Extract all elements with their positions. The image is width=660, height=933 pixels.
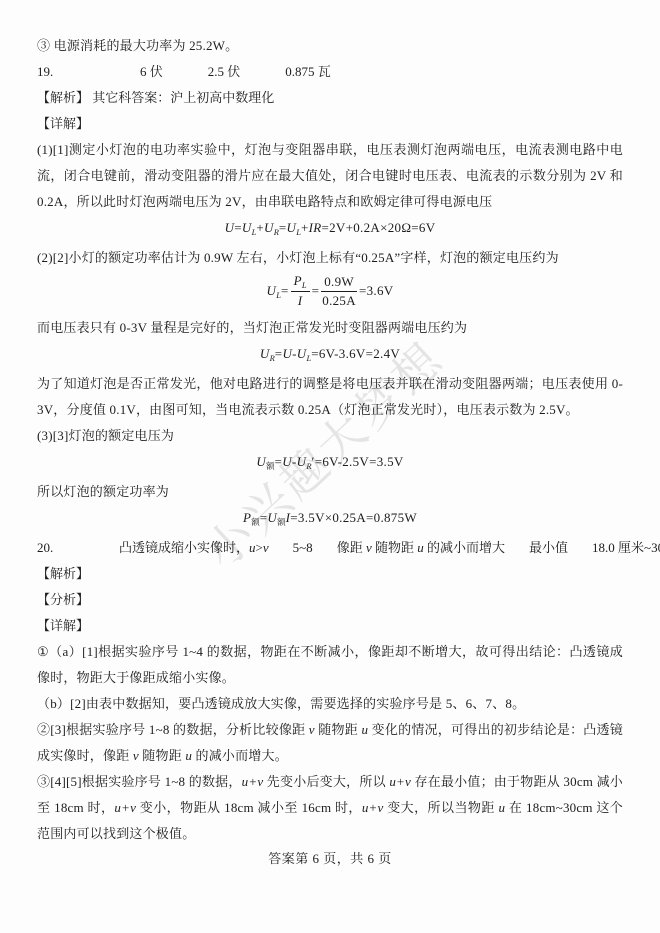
q19-answer-1: 6 伏 <box>140 64 163 79</box>
q19-jiexi-label: 【解析】 <box>37 90 89 105</box>
q20-para-3: ②[3]根据实验序号 1~8 的数据，分析比较像距 v 随物距 u 变化的情况，… <box>37 717 623 769</box>
q19-jiexi-line: 【解析】 其它科答案：沪上初高中数理化 <box>37 85 623 111</box>
q20-answer-3: 像距 v 随物距 u 的减小而增大 <box>337 540 505 555</box>
q19-number: 19. <box>37 59 140 85</box>
q19-answer-2: 2.5 伏 <box>208 64 241 79</box>
q19-para-6: 所以灯泡的额定功率为 <box>37 479 623 505</box>
q19-para-2: (2)[2]小灯的额定功率估计为 0.9W 左右，小灯泡上标有“0.25A”字样… <box>37 245 623 271</box>
q20-answer-4: 最小值 <box>529 540 568 555</box>
q19-formula-rated-voltage: UL=PLI=0.9W0.25A=3.6V <box>37 271 623 315</box>
q19-para-1: (1)[1]测定小灯泡的电功率实验中，灯泡与变阻器串联，电压表测灯泡两端电压，电… <box>37 137 623 215</box>
q20-para-1: ①（a）[1]根据实验序号 1~4 的数据，物距在不断减小，像距却不断增大，故可… <box>37 639 623 691</box>
q19-jiexi-text: 其它科答案：沪上初高中数理化 <box>92 90 274 105</box>
q19-para-5: (3)[3]灯泡的额定电压为 <box>37 423 623 449</box>
q19-formula-lamp-voltage: U额=U-UR′=6V-2.5V=3.5V <box>37 449 623 479</box>
q19-formula-source-voltage: U=UL+UR=UL+IR=2V+0.2A×20Ω=6V <box>37 215 623 245</box>
q19-para-3: 而电压表只有 0-3V 量程是完好的，当灯泡正常发光时变阻器两端电压约为 <box>37 315 623 341</box>
q20-jiexi-label: 【解析】 <box>37 561 623 587</box>
q20-answer-1: 凸透镜成缩小实像时，u>v <box>119 540 269 555</box>
q20-answer-line: 20.凸透镜成缩小实像时，u>v5~8像距 v 随物距 u 的减小而增大最小值1… <box>37 535 623 561</box>
q20-para-2: （b）[2]由表中数据知，要凸透镜成放大实像，需要选择的实验序号是 5、6、7、… <box>37 691 623 717</box>
q19-xiangjie-label: 【详解】 <box>37 111 623 137</box>
page-content: ③ 电源消耗的最大功率为 25.2W。 19.6 伏2.5 伏0.875 瓦 【… <box>0 0 660 847</box>
q20-number: 20. <box>37 535 119 561</box>
q20-answer-2: 5~8 <box>293 540 313 555</box>
q20-xiangjie-label: 【详解】 <box>37 613 623 639</box>
item18-point3: ③ 电源消耗的最大功率为 25.2W。 <box>37 33 623 59</box>
q20-fenxi-label: 【分析】 <box>37 587 623 613</box>
q19-formula-rated-power: P额=U额I=3.5V×0.25A=0.875W <box>37 505 623 535</box>
page-footer: 答案第 6 页，共 6 页 <box>0 848 660 867</box>
q20-para-4: ③[4][5]根据实验序号 1~8 的数据，u+v 先变小后变大，所以 u+v … <box>37 769 623 847</box>
q19-answer-line: 19.6 伏2.5 伏0.875 瓦 <box>37 59 623 85</box>
q19-para-4: 为了知道灯泡是否正常发光，他对电路进行的调整是将电压表并联在滑动变阻器两端；电压… <box>37 371 623 423</box>
q19-formula-resistor-voltage: UR=U-UL=6V-3.6V=2.4V <box>37 341 623 371</box>
answer-sheet-page: 小兴趣大梦想 ③ 电源消耗的最大功率为 25.2W。 19.6 伏2.5 伏0.… <box>0 0 660 933</box>
q19-answer-3: 0.875 瓦 <box>285 64 331 79</box>
q20-answer-5: 18.0 厘米~30.0 厘米 <box>592 540 660 555</box>
